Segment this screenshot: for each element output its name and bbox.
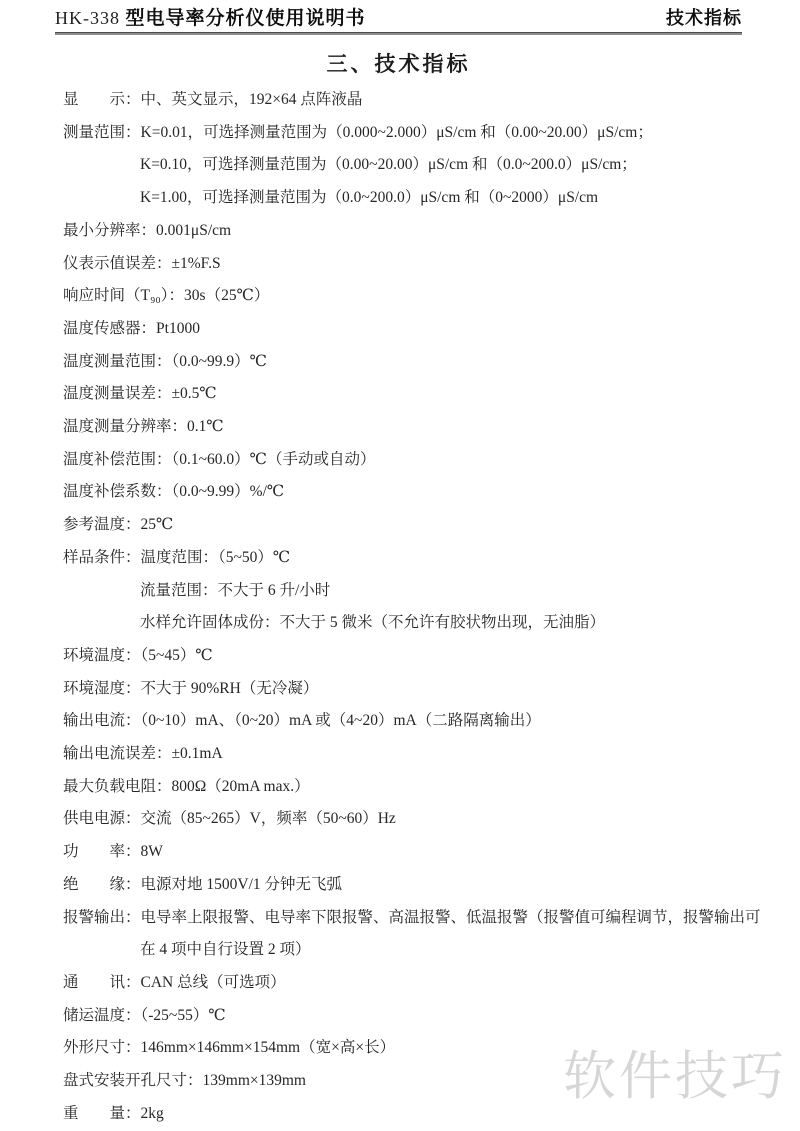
spec-row-power-supply: 供电电源：交流（85~265）V，频率（50~60）Hz [63, 803, 780, 836]
spec-label: 功 率： [63, 843, 141, 860]
spec-value: 8W [141, 843, 163, 860]
spec-row-response-time: 响应时间（T₉₀）：30s（25℃） [63, 280, 780, 313]
spec-list: 显 示：中、英文显示，192×64 点阵液晶 测量范围：K=0.01，可选择测量… [63, 84, 780, 1131]
spec-row-communication: 通 讯：CAN 总线（可选项） [63, 967, 780, 1000]
spec-row-temp-error: 温度测量误差：±0.5℃ [63, 378, 780, 411]
spec-row-alarm-output: 报警输出：电导率上限报警、电导率下限报警、高温报警、低温报警（报警值可编程调节，… [63, 902, 780, 935]
spec-row-indication-error: 仪表示值误差：±1%F.S [63, 248, 780, 281]
spec-row-temp-comp-range: 温度补偿范围：（0.1~60.0）℃（手动或自动） [63, 444, 780, 477]
spec-value: 2kg [141, 1105, 164, 1122]
book-title: 型电导率分析仪使用说明书 [126, 8, 366, 29]
header-rule [55, 32, 742, 35]
spec-continuation: 水样允许固体成份：不大于 5 微米（不允许有胶状物出现，无油脂） [63, 607, 780, 640]
spec-value: Pt1000 [156, 320, 200, 337]
spec-label: 通 讯： [63, 974, 141, 991]
spec-row-min-resolution: 最小分辨率：0.001μS/cm [63, 215, 780, 248]
section-title: 三、技术指标 [55, 49, 742, 79]
spec-value: ±1%F.S [172, 255, 221, 272]
spec-value: （5~45）℃ [141, 647, 213, 664]
spec-label: 温度传感器： [63, 320, 156, 337]
spec-value: 0.1℃ [187, 418, 224, 435]
spec-continuation: 在 4 项中自行设置 2 项） [63, 934, 780, 967]
spec-label: 输出电流误差： [63, 745, 172, 762]
spec-label: 绝 缘： [63, 876, 141, 893]
spec-row-display: 显 示：中、英文显示，192×64 点阵液晶 [63, 84, 780, 117]
spec-row-ref-temp: 参考温度：25℃ [63, 509, 780, 542]
spec-row-ambient-temp: 环境温度：（5~45）℃ [63, 640, 780, 673]
spec-label: 盘式安装开孔尺寸： [63, 1072, 203, 1089]
spec-continuation: K=1.00，可选择测量范围为（0.0~200.0）μS/cm 和（0~2000… [63, 182, 780, 215]
spec-value: 中、英文显示，192×64 点阵液晶 [141, 91, 363, 108]
spec-row-output-current: 输出电流：（0~10）mA、（0~20）mA 或（4~20）mA（二路隔离输出） [63, 705, 780, 738]
spec-row-temp-comp-coeff: 温度补偿系数：（0.0~9.99）%/℃ [63, 476, 780, 509]
spec-label: 温度测量误差： [63, 385, 172, 402]
spec-value: 0.001μS/cm [156, 222, 231, 239]
spec-label: 测量范围： [63, 124, 141, 141]
spec-value: CAN 总线（可选项） [141, 974, 286, 991]
spec-row-measure-range: 测量范围：K=0.01，可选择测量范围为（0.000~2.000）μS/cm 和… [63, 117, 780, 150]
spec-label: 参考温度： [63, 516, 141, 533]
spec-value: ±0.5℃ [172, 385, 217, 402]
spec-value: 不大于 90%RH（无冷凝） [141, 680, 319, 697]
spec-value: 800Ω（20mA max.） [172, 778, 310, 795]
manual-page: HK-338 型电导率分析仪使用说明书 技术指标 三、技术指标 显 示：中、英文… [0, 0, 800, 1131]
spec-label: 最小分辨率： [63, 222, 156, 239]
spec-value: 温度范围：（5~50）℃ [141, 549, 291, 566]
spec-continuation: K=0.10，可选择测量范围为（0.00~20.00）μS/cm 和（0.0~2… [63, 149, 780, 182]
spec-value: 交流（85~265）V，频率（50~60）Hz [141, 810, 396, 827]
spec-label: 环境温度： [63, 647, 141, 664]
spec-row-max-load-resistance: 最大负载电阻：800Ω（20mA max.） [63, 771, 780, 804]
spec-label: 外形尺寸： [63, 1039, 141, 1056]
spec-row-sample-condition: 样品条件：温度范围：（5~50）℃ [63, 542, 780, 575]
spec-value: （0.0~99.9）℃ [172, 353, 267, 370]
spec-continuation: 流量范围：不大于 6 升/小时 [63, 575, 780, 608]
spec-label: 显 示： [63, 91, 141, 108]
spec-row-power: 功 率：8W [63, 836, 780, 869]
spec-row-output-current-error: 输出电流误差：±0.1mA [63, 738, 780, 771]
spec-label: 温度补偿范围： [63, 451, 172, 468]
spec-label: 响应时间（T₉₀）： [63, 287, 184, 304]
header-section-label: 技术指标 [666, 6, 742, 30]
spec-value: （0~10）mA、（0~20）mA 或（4~20）mA（二路隔离输出） [141, 712, 541, 729]
spec-value: （0.1~60.0）℃（手动或自动） [172, 451, 376, 468]
spec-label: 输出电流： [63, 712, 141, 729]
spec-label: 供电电源： [63, 810, 141, 827]
page-header: HK-338 型电导率分析仪使用说明书 技术指标 [55, 6, 742, 32]
spec-row-temp-resolution: 温度测量分辨率：0.1℃ [63, 411, 780, 444]
spec-value: 139mm×139mm [203, 1072, 306, 1089]
spec-label: 储运温度： [63, 1007, 141, 1024]
spec-label: 报警输出： [63, 909, 141, 926]
model-number: HK-338 [55, 8, 126, 28]
spec-label: 重 量： [63, 1105, 141, 1122]
spec-value: 30s（25℃） [184, 287, 269, 304]
spec-value: （0.0~9.99）%/℃ [172, 483, 285, 500]
spec-value: K=0.01，可选择测量范围为（0.000~2.000）μS/cm 和（0.00… [141, 124, 653, 141]
spec-value: 25℃ [141, 516, 174, 533]
spec-value: 电导率上限报警、电导率下限报警、高温报警、低温报警（报警值可编程调节，报警输出可 [141, 909, 761, 926]
spec-label: 样品条件： [63, 549, 141, 566]
spec-row-temp-range: 温度测量范围：（0.0~99.9）℃ [63, 346, 780, 379]
spec-label: 温度测量范围： [63, 353, 172, 370]
spec-row-ambient-humidity: 环境湿度：不大于 90%RH（无冷凝） [63, 673, 780, 706]
spec-value: 146mm×146mm×154mm（宽×高×长） [141, 1039, 396, 1056]
spec-row-insulation: 绝 缘：电源对地 1500V/1 分钟无飞弧 [63, 869, 780, 902]
spec-label: 温度补偿系数： [63, 483, 172, 500]
spec-value: 电源对地 1500V/1 分钟无飞弧 [141, 876, 343, 893]
header-left: HK-338 型电导率分析仪使用说明书 [55, 6, 366, 32]
watermark: 软件技巧 [563, 1034, 787, 1110]
spec-label: 仪表示值误差： [63, 255, 172, 272]
spec-row-storage-temp: 储运温度：（-25~55）℃ [63, 1000, 780, 1033]
spec-value: （-25~55）℃ [141, 1007, 226, 1024]
spec-value: ±0.1mA [172, 745, 223, 762]
spec-label: 温度测量分辨率： [63, 418, 187, 435]
spec-label: 最大负载电阻： [63, 778, 172, 795]
spec-row-temp-sensor: 温度传感器：Pt1000 [63, 313, 780, 346]
spec-label: 环境湿度： [63, 680, 141, 697]
